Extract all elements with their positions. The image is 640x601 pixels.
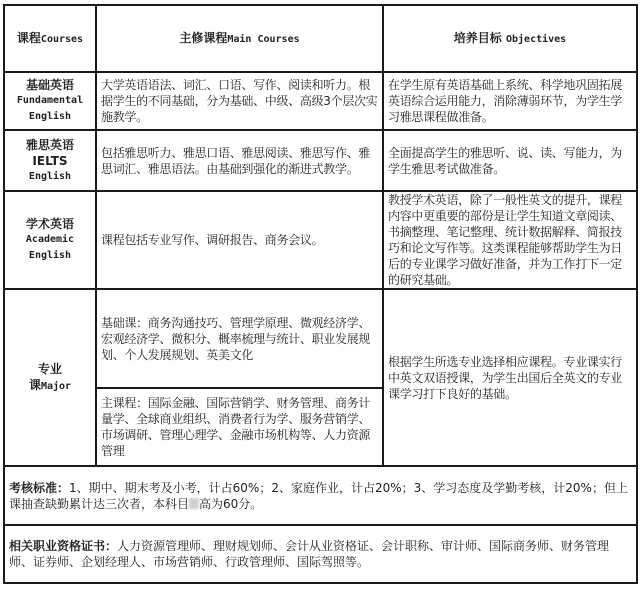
objective-cell: 在学生原有英语基础上系统、科学地巩固拓展英语综合运用能力，消除薄弱环节，为学生学… [383, 72, 637, 130]
header-objectives: 培养目标 Objectives [383, 5, 637, 72]
table-row: 基础英语 Fundamental English 大学英语语法、词汇、口语、写作… [4, 72, 637, 130]
main-courses-cell: 课程包括专业写作、调研报告、商务会议。 [96, 191, 383, 289]
header-main-courses: 主修课程Main Courses [96, 5, 383, 72]
table-row-major: 专业 课Major 基础课：商务沟通技巧、管理学原理、微观经济学、宏观经济学、微… [4, 289, 637, 388]
course-name-zh: 学术英语 [9, 216, 91, 232]
header-row: 课程Courses 主修课程Main Courses 培养目标 Objectiv… [4, 5, 637, 72]
course-name-en: Academic [9, 232, 91, 248]
course-name-cell: 基础英语 Fundamental English [4, 72, 96, 130]
header-courses-zh: 课程 [17, 31, 41, 45]
header-main-zh: 主修课程 [179, 31, 227, 45]
core-courses-cell: 主课程：国际金融、国际营销学、财务管理、商务计量学、全球商业组织、消费者行为学、… [96, 388, 383, 466]
assessment-cell: 考核标准：1、期中、期末考及小考，计占60%；2、家庭作业，计占20%；3、学习… [4, 466, 637, 525]
course-name-cell: 学术英语 Academic English [4, 191, 96, 289]
objective-cell: 教授学术英语，除了一般性英文的提升，课程内容中更重要的部份是让学生知道文章阅读、… [383, 191, 637, 289]
main-courses-cell: 包括雅思听力、雅思口语、雅思阅读、雅思写作、雅思词汇、雅思语法。由基础到强化的渐… [96, 130, 383, 191]
assessment-text-end: 高为60分。 [199, 497, 262, 511]
certificates-label: 相关职业资格证书： [9, 539, 117, 553]
course-name-cell: 专业 课Major [4, 289, 96, 466]
certificates-row: 相关职业资格证书：人力资源管理师、理财规划师、会计从业资格证、会计职称、审计师、… [4, 525, 637, 583]
header-main-en: Main Courses [227, 34, 299, 45]
main-courses-cell: 大学英语语法、词汇、口语、写作、阅读和听力。根据学生的不同基础，分为基础、中级、… [96, 72, 383, 130]
objective-cell: 根据学生所选专业选择相应课程。专业课实行中英文双语授课，为学生出国后全英文的专业… [383, 289, 637, 466]
objective-cell: 全面提高学生的雅思听、说、读、写能力，为学生雅思考试做准备。 [383, 130, 637, 191]
course-name-en: Fundamental [9, 93, 91, 109]
course-name-en: English [9, 248, 91, 264]
header-courses-en: Courses [41, 34, 83, 45]
certificates-cell: 相关职业资格证书：人力资源管理师、理财规划师、会计从业资格证、会计职称、审计师、… [4, 525, 637, 583]
course-name-cell: 雅思英语IELTS English [4, 130, 96, 191]
course-table: 课程Courses 主修课程Main Courses 培养目标 Objectiv… [3, 4, 638, 584]
course-name-zh: 专业 [9, 361, 91, 377]
basic-courses-cell: 基础课：商务沟通技巧、管理学原理、微观经济学、宏观经济学、微积分、概率梳理与统计… [96, 289, 383, 388]
course-name-en: Major [41, 381, 71, 392]
assessment-text: 1、期中、期末考及小考，计占60%；2、家庭作业，计占20%；3、学习态度及学勤… [9, 481, 628, 511]
header-objectives-en: Objectives [506, 34, 566, 45]
course-name-en: English [9, 169, 91, 185]
assessment-row: 考核标准：1、期中、期末考及小考，计占60%；2、家庭作业，计占20%；3、学习… [4, 466, 637, 525]
course-name-zh: 基础英语 [9, 77, 91, 93]
blurred-char [189, 498, 199, 509]
course-name-zh: 雅思英语IELTS [9, 137, 91, 169]
header-objectives-zh: 培养目标 [454, 31, 506, 45]
assessment-label: 考核标准： [9, 481, 69, 495]
course-name-en: English [9, 109, 91, 125]
header-courses: 课程Courses [4, 5, 96, 72]
table-row: 学术英语 Academic English 课程包括专业写作、调研报告、商务会议… [4, 191, 637, 289]
course-name-zh: 课 [29, 378, 41, 392]
table-row: 雅思英语IELTS English 包括雅思听力、雅思口语、雅思阅读、雅思写作、… [4, 130, 637, 191]
